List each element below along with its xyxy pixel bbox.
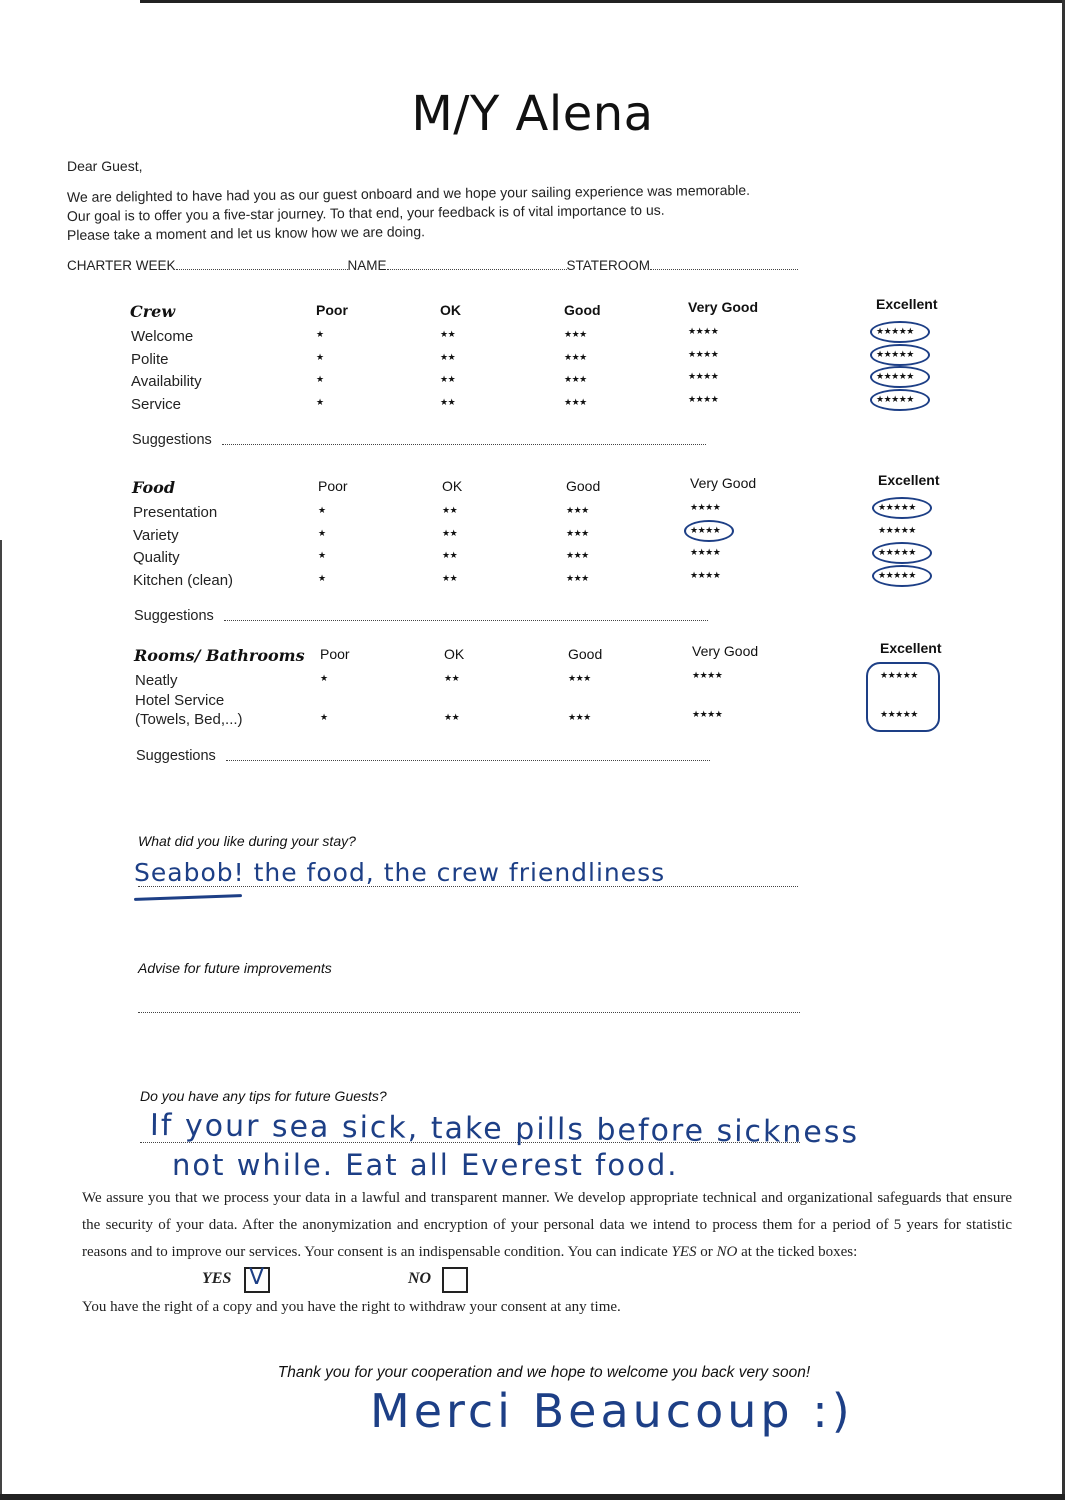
rating-option-ok[interactable]: ★★	[442, 529, 457, 539]
column-header: OK	[442, 478, 462, 494]
consent-no-checkbox[interactable]	[442, 1267, 468, 1293]
selection-circle	[870, 344, 930, 366]
rating-option-good[interactable]: ★★★	[564, 330, 587, 340]
row-label: Variety	[133, 527, 179, 545]
row-label: Hotel Service	[135, 692, 224, 710]
stateroom-label: STATEROOM	[567, 258, 651, 273]
rating-option-ok[interactable]: ★★	[440, 330, 455, 340]
rating-option-good[interactable]: ★★★	[564, 398, 587, 408]
consent-no-label: NO	[408, 1270, 431, 1288]
consent-rights: You have the right of a copy and you hav…	[82, 1294, 1012, 1321]
name-label: NAME	[348, 258, 387, 273]
rating-option-good[interactable]: ★★★	[566, 551, 589, 561]
column-header: Very Good	[692, 643, 758, 659]
rating-option-very-good[interactable]: ★★★★	[688, 372, 718, 382]
tips-answer-line-2[interactable]: not while. Eat all Everest food.	[172, 1148, 678, 1182]
suggestions-label: Suggestions	[132, 432, 212, 448]
section-title: Food	[132, 478, 175, 497]
liked-answer[interactable]: Seabob! the food, the crew friendliness	[134, 858, 665, 887]
selection-circle	[872, 542, 932, 564]
column-header: Good	[568, 646, 602, 662]
rating-option-very-good[interactable]: ★★★★	[690, 548, 720, 558]
name-field[interactable]	[387, 259, 567, 270]
stateroom-field[interactable]	[650, 259, 798, 270]
suggestions-label: Suggestions	[134, 608, 214, 624]
rating-option-good[interactable]: ★★★	[568, 674, 591, 684]
column-header: Poor	[320, 646, 350, 662]
rating-option-ok[interactable]: ★★	[440, 398, 455, 408]
column-header: Excellent	[876, 296, 937, 312]
suggestions-field[interactable]	[226, 760, 710, 761]
rating-option-poor[interactable]: ★	[318, 529, 326, 539]
greeting: Dear Guest,	[67, 158, 142, 174]
rating-option-good[interactable]: ★★★	[566, 574, 589, 584]
selection-circle	[870, 389, 930, 411]
scan-border-top	[140, 0, 1065, 3]
column-header: Excellent	[878, 472, 939, 488]
selection-circle	[872, 565, 932, 587]
row-label: Polite	[131, 351, 169, 369]
rating-option-ok[interactable]: ★★	[444, 674, 459, 684]
liked-question: What did you like during your stay?	[138, 833, 356, 849]
rating-option-very-good[interactable]: ★★★★	[688, 350, 718, 360]
tips-answer-line-1[interactable]: If your sea sick, take pills before sick…	[150, 1108, 859, 1150]
selection-circle	[872, 497, 932, 519]
intro-paragraph: We are delighted to have had you as our …	[67, 188, 750, 245]
column-header: Good	[566, 478, 600, 494]
rating-option-good[interactable]: ★★★	[566, 506, 589, 516]
rating-option-very-good[interactable]: ★★★★	[690, 571, 720, 581]
rating-option-ok[interactable]: ★★	[444, 713, 459, 723]
column-header: Very Good	[690, 475, 756, 491]
row-label: Welcome	[131, 328, 193, 346]
column-header: Good	[564, 302, 601, 318]
rating-option-very-good[interactable]: ★★★★	[688, 327, 718, 337]
rating-option-poor[interactable]: ★	[316, 353, 324, 363]
column-header: Poor	[316, 302, 348, 318]
rating-option-very-good[interactable]: ★★★★	[688, 395, 718, 405]
rating-option-ok[interactable]: ★★	[442, 551, 457, 561]
rating-option-poor[interactable]: ★	[320, 713, 328, 723]
rating-option-poor[interactable]: ★	[318, 574, 326, 584]
rating-option-ok[interactable]: ★★	[442, 574, 457, 584]
row-label: (Towels, Bed,...)	[135, 711, 243, 729]
row-label: Neatly	[135, 672, 178, 690]
column-header: OK	[444, 646, 464, 662]
row-label: Quality	[133, 549, 180, 567]
rating-option-good[interactable]: ★★★	[566, 529, 589, 539]
selection-circle	[870, 366, 930, 388]
document-title: M/Y Alena	[0, 86, 1065, 142]
rating-option-poor[interactable]: ★	[320, 674, 328, 684]
selection-circle	[866, 662, 940, 732]
rating-option-ok[interactable]: ★★	[440, 353, 455, 363]
rating-option-ok[interactable]: ★★	[440, 375, 455, 385]
selection-circle	[684, 520, 734, 542]
rating-option-very-good[interactable]: ★★★★	[692, 710, 722, 720]
selection-circle	[870, 321, 930, 343]
charter-week-field[interactable]	[176, 259, 348, 270]
rating-option-poor[interactable]: ★	[316, 330, 324, 340]
row-label: Kitchen (clean)	[133, 572, 233, 590]
rating-option-poor[interactable]: ★	[316, 375, 324, 385]
rating-option-ok[interactable]: ★★	[442, 506, 457, 516]
consent-text: We assure you that we process your data …	[82, 1185, 1012, 1266]
row-label: Presentation	[133, 504, 217, 522]
rating-option-good[interactable]: ★★★	[564, 375, 587, 385]
column-header: Excellent	[880, 640, 941, 656]
rating-option-good[interactable]: ★★★	[564, 353, 587, 363]
improvements-question: Advise for future improvements	[138, 960, 332, 976]
column-header: OK	[440, 302, 461, 318]
check-mark-icon: V	[249, 1265, 264, 1290]
tips-question: Do you have any tips for future Guests?	[140, 1088, 387, 1104]
scan-border-left	[0, 540, 2, 1500]
rating-option-very-good[interactable]: ★★★★	[690, 503, 720, 513]
scan-border-bottom	[0, 1494, 1065, 1500]
suggestions-field[interactable]	[222, 444, 706, 445]
section-title: Crew	[130, 302, 175, 321]
rating-option-poor[interactable]: ★	[318, 506, 326, 516]
row-label: Availability	[131, 373, 202, 391]
closing-message: Thank you for your cooperation and we ho…	[0, 1364, 1065, 1382]
guest-info-fields: CHARTER WEEKNAMESTATEROOM	[67, 258, 798, 273]
charter-week-label: CHARTER WEEK	[67, 258, 176, 273]
suggestions-field[interactable]	[224, 620, 708, 621]
consent-yes-checkbox[interactable]: V	[244, 1267, 270, 1293]
column-header: Very Good	[688, 299, 758, 315]
improvements-answer-line	[138, 1012, 800, 1013]
section-title: Rooms/ Bathrooms	[134, 646, 305, 665]
handwritten-underline	[134, 894, 242, 901]
rating-option-poor[interactable]: ★	[316, 398, 324, 408]
rating-option-poor[interactable]: ★	[318, 551, 326, 561]
rating-option-good[interactable]: ★★★	[568, 713, 591, 723]
column-header: Poor	[318, 478, 348, 494]
handwritten-signature-note: Merci Beaucoup :)	[370, 1384, 854, 1438]
suggestions-label: Suggestions	[136, 748, 216, 764]
rating-option-very-good[interactable]: ★★★★	[692, 671, 722, 681]
rating-option-excellent[interactable]: ★★★★★	[878, 526, 916, 536]
row-label: Service	[131, 396, 181, 414]
consent-yes-label: YES	[202, 1270, 231, 1288]
